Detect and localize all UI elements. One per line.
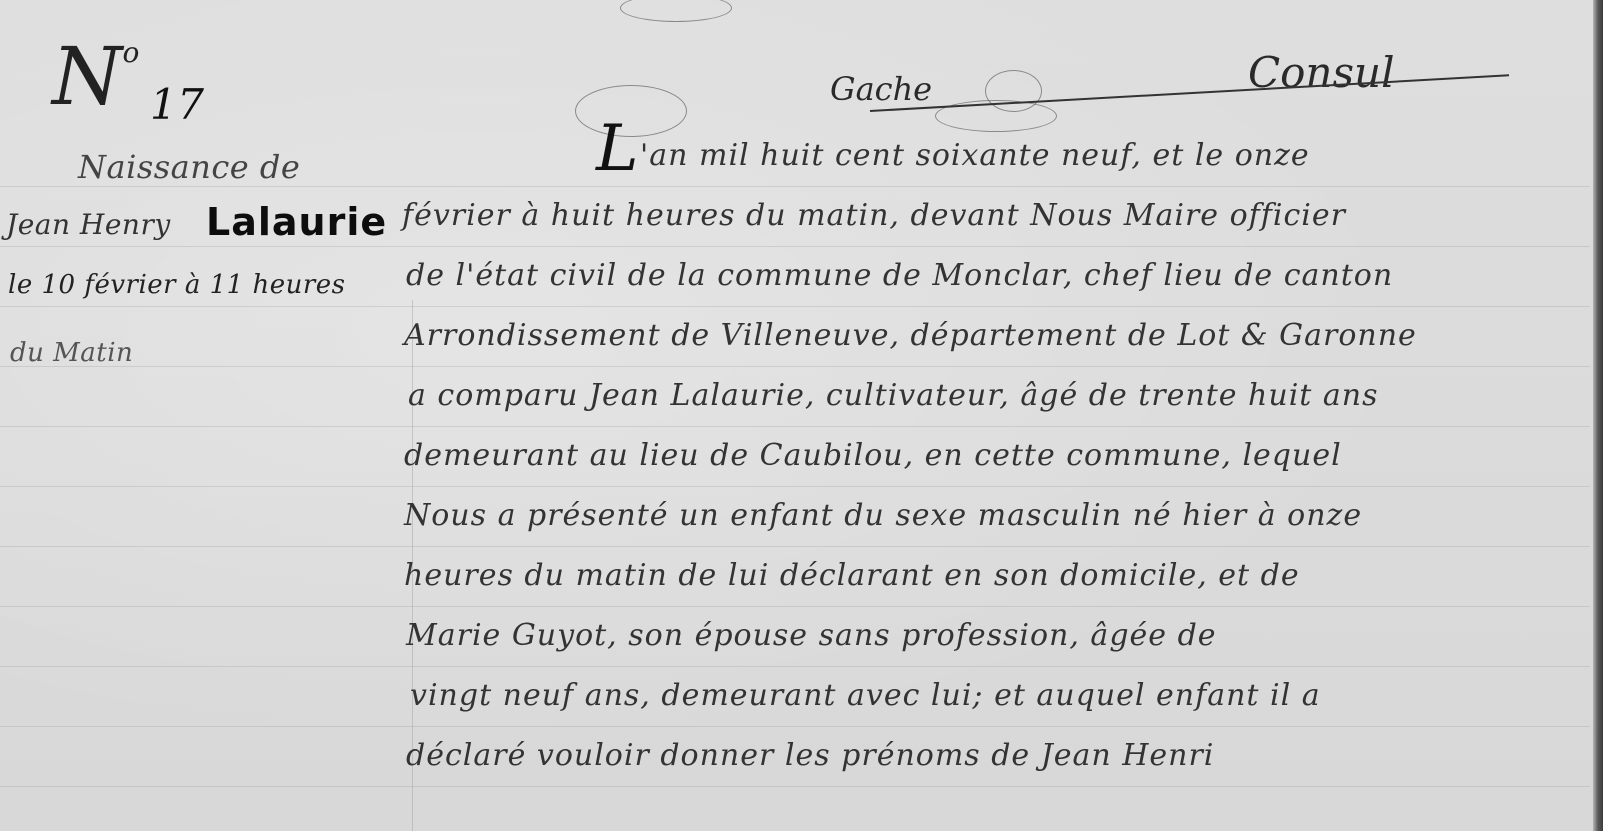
page-edge — [1593, 0, 1603, 831]
ruled-line — [0, 666, 1590, 667]
body-line-3: de l'état civil de la commune de Monclar… — [406, 258, 1393, 293]
ruled-line — [0, 306, 1590, 307]
body-line-8: heures du matin de lui déclarant en son … — [404, 558, 1300, 593]
margin-child-first-names: Jean Henry — [6, 208, 171, 241]
margin-title: Naissance de — [78, 148, 300, 186]
margin-birth-time: du Matin — [10, 338, 133, 368]
ruled-line — [0, 606, 1590, 607]
body-line-2: février à huit heures du matin, devant N… — [402, 198, 1346, 233]
body-line-1: 'an mil huit cent soixante neuf, et le o… — [640, 138, 1310, 173]
body-line-6: demeurant au lieu de Caubilou, en cette … — [404, 438, 1342, 473]
body-line-5: a comparu Jean Lalaurie, cultivateur, âg… — [408, 378, 1379, 413]
entry-label: N — [52, 30, 123, 123]
signature-gache: Gache — [830, 70, 932, 108]
ruled-line — [0, 186, 1590, 187]
ruled-line — [0, 726, 1590, 727]
margin-birth-date: le 10 février à 11 heures — [8, 270, 346, 300]
ruled-line — [0, 486, 1590, 487]
margin-child-surname: Lalaurie — [206, 200, 387, 244]
body-line-10: vingt neuf ans, demeurant avec lui; et a… — [410, 678, 1321, 713]
body-line-11: déclaré vouloir donner les prénoms de Je… — [406, 738, 1214, 773]
ruled-line — [0, 546, 1590, 547]
ruled-line — [0, 786, 1590, 787]
signature-consul: Consul — [1248, 48, 1395, 97]
signature-flourish — [620, 0, 732, 22]
ruled-line — [0, 366, 1590, 367]
body-line-7: Nous a présenté un enfant du sexe mascul… — [404, 498, 1362, 533]
entry-number-label: No — [52, 30, 140, 123]
drop-letter: L — [596, 112, 639, 186]
ruled-line — [0, 426, 1590, 427]
register-page: No 17 Naissance de Jean Henry Lalaurie l… — [0, 0, 1603, 831]
signature-underline — [870, 74, 1509, 112]
entry-label-sup: o — [123, 36, 140, 69]
entry-number: 17 — [150, 80, 204, 129]
ruled-line — [0, 246, 1590, 247]
body-line-9: Marie Guyot, son épouse sans profession,… — [406, 618, 1217, 653]
body-line-4: Arrondissement de Villeneuve, départemen… — [404, 318, 1417, 353]
